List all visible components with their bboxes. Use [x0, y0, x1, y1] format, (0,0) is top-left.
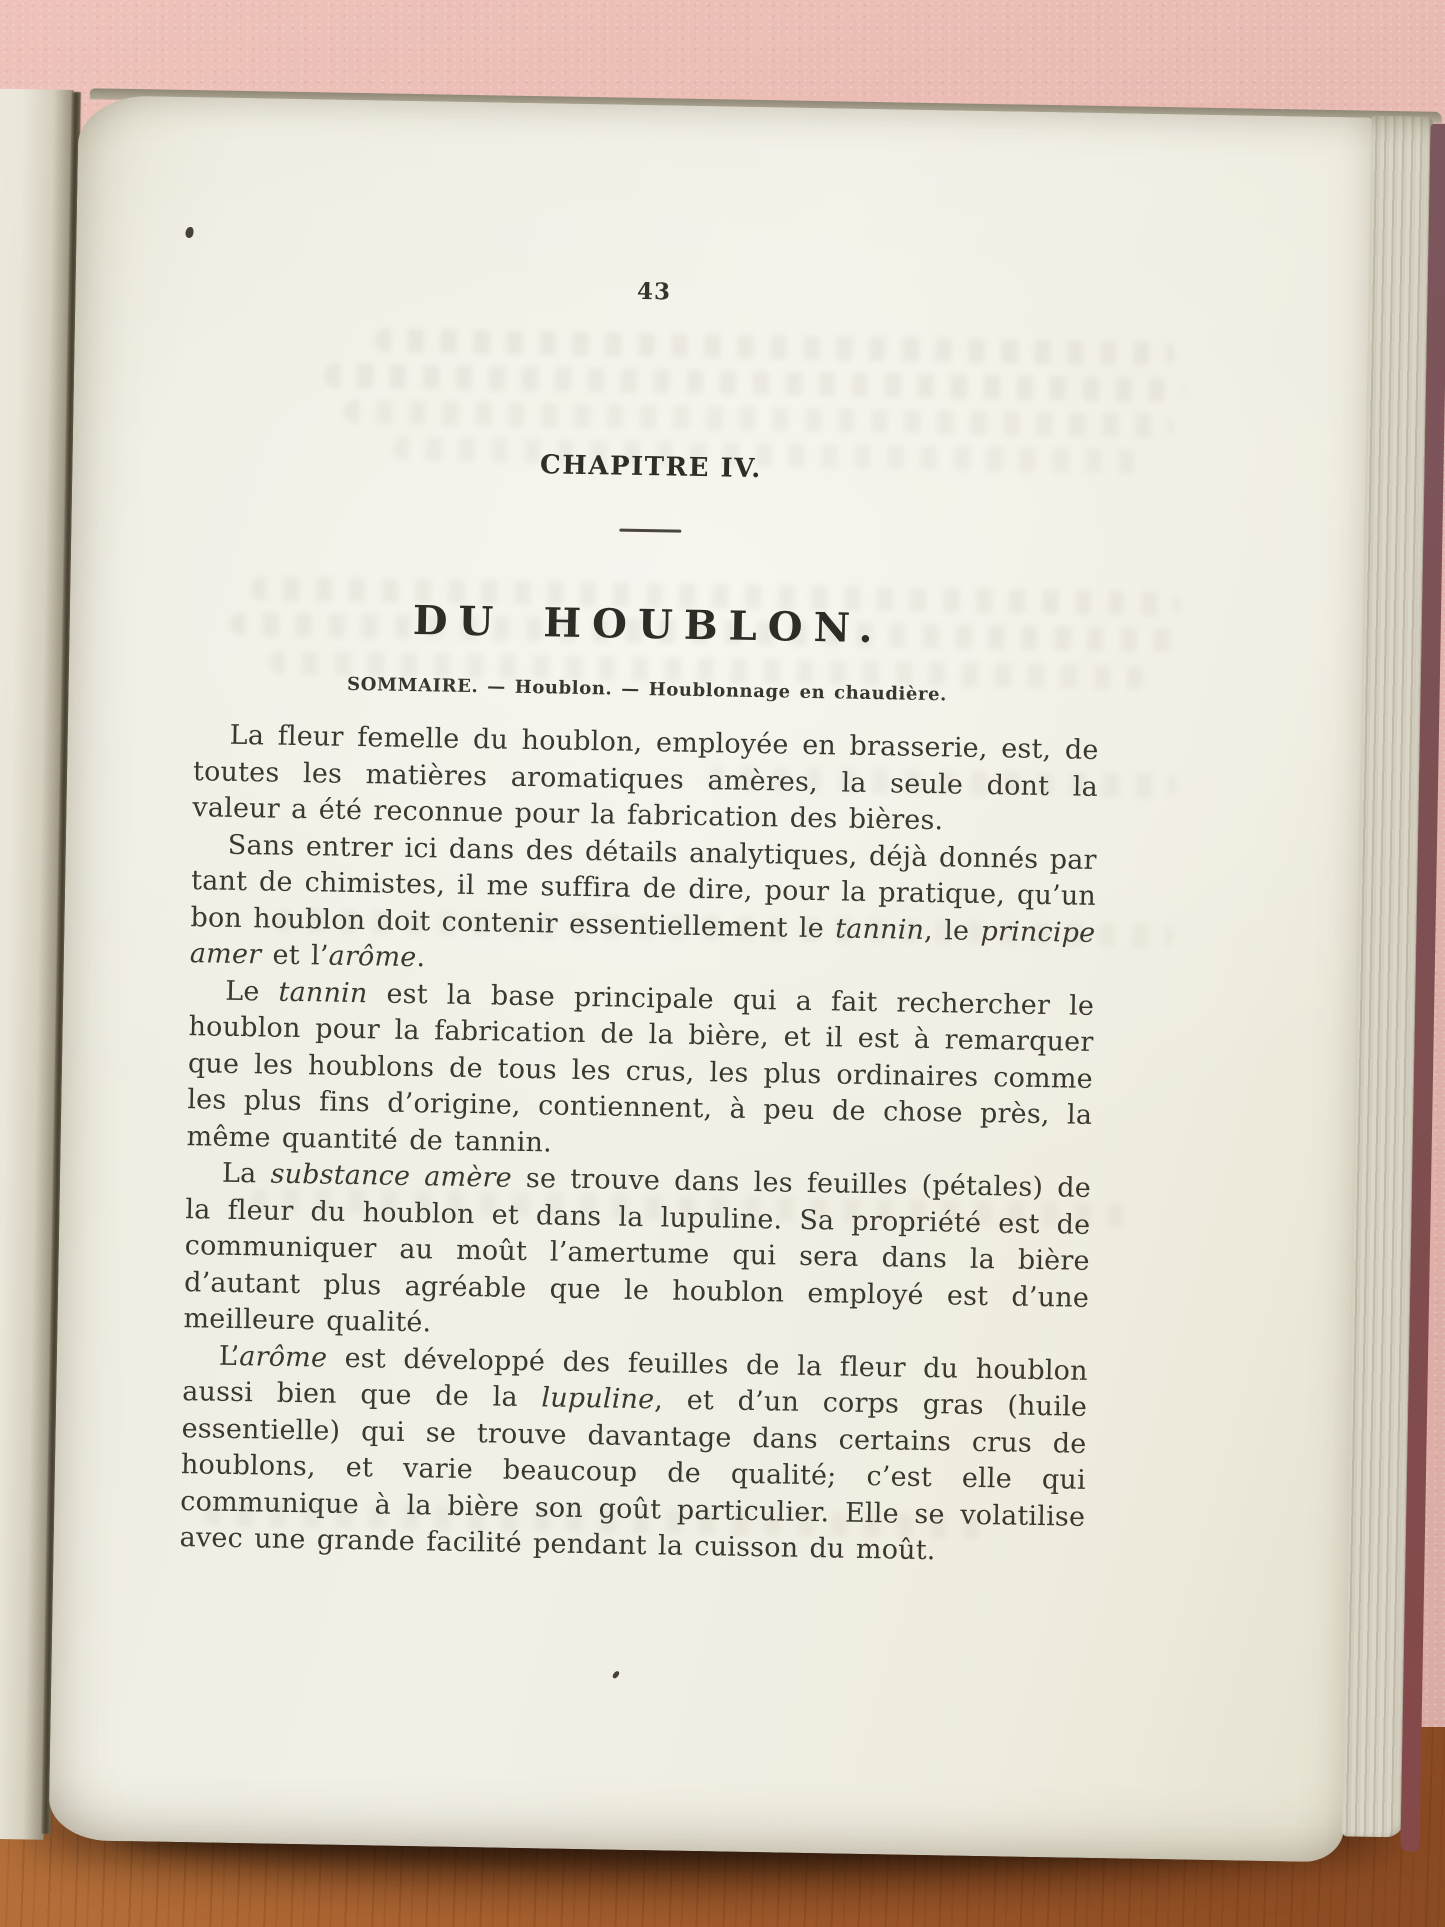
bleed-through-smudge	[374, 328, 1174, 366]
book: 43 CHAPITRE IV. DU HOUBLON. SOMMAIRE. — …	[0, 86, 1445, 1864]
paragraph: L’arôme est développé des feuilles de la…	[179, 1338, 1088, 1573]
paragraph: Sans entrer ici dans des détails analyti…	[190, 827, 1097, 989]
paragraph: La fleur femelle du houblon, employée en…	[192, 717, 1099, 842]
page-number: 43	[201, 270, 1106, 313]
ink-speck	[185, 227, 193, 238]
body-text: La fleur femelle du houblon, employée en…	[179, 717, 1099, 1572]
paragraph: Le tannin est la base principale qui a f…	[186, 973, 1094, 1171]
bleed-through-smudge	[343, 400, 1173, 438]
paragraph: La substance amère se trouve dans les fe…	[183, 1155, 1091, 1353]
bleed-through-smudge	[324, 363, 1184, 402]
section-rule	[619, 529, 681, 533]
ink-speck	[612, 1670, 620, 1679]
book-page: 43 CHAPITRE IV. DU HOUBLON. SOMMAIRE. — …	[48, 95, 1373, 1862]
photo-frame: 43 CHAPITRE IV. DU HOUBLON. SOMMAIRE. — …	[0, 0, 1445, 1927]
